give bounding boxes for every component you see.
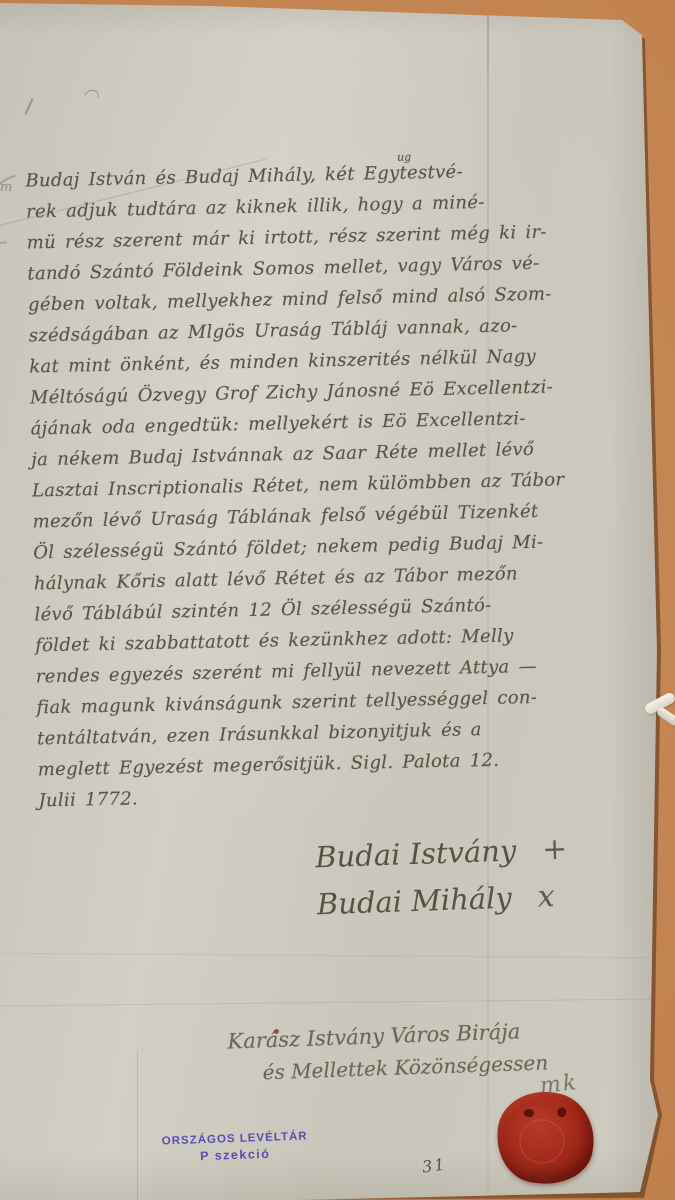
stamp-text-line: P szekció bbox=[150, 1145, 320, 1165]
signature-budai-mihaly: Budai Mihályx bbox=[316, 873, 570, 929]
signature-cross-mark: x bbox=[537, 879, 555, 915]
archive-stamp: ORSZÁGOS LEVÉLTÁR P szekció bbox=[150, 1130, 321, 1165]
signature-cross-mark: + bbox=[542, 832, 568, 868]
fold-crease-horizontal-2 bbox=[0, 953, 660, 959]
wax-seal bbox=[490, 1085, 600, 1191]
pencil-page-number: 31 bbox=[421, 1154, 448, 1176]
manuscript-paper: m ug Budaj István és Budaj Mihály, két E… bbox=[0, 0, 675, 1200]
attestation-line: Karász Istvány Város Birája bbox=[227, 1018, 547, 1053]
margin-letter: m bbox=[0, 180, 12, 195]
fold-crease-bottom bbox=[137, 1050, 138, 1200]
seal-impression-ring bbox=[517, 1116, 568, 1167]
signature-name: Budai Istvány bbox=[315, 833, 517, 874]
manuscript-body-text: ug Budaj István és Budaj Mihály, két Egy… bbox=[25, 158, 656, 822]
signature-name: Budai Mihály bbox=[316, 881, 512, 922]
document-photo: m ug Budaj István és Budaj Mihály, két E… bbox=[0, 0, 675, 1200]
red-ink-speck bbox=[274, 1029, 279, 1034]
fold-crease-horizontal bbox=[0, 999, 660, 1007]
attestation-line: és Mellettek Közönségessen bbox=[262, 1050, 548, 1084]
signature-block: Budai Istvány+ Budai Mihályx bbox=[314, 826, 569, 929]
pencil-mark-slash bbox=[25, 98, 34, 114]
interlinear-insert-mark: ug bbox=[397, 150, 411, 163]
thread-fiber bbox=[644, 694, 675, 734]
ink-curl-mark bbox=[82, 87, 101, 106]
thread-segment bbox=[656, 706, 675, 727]
